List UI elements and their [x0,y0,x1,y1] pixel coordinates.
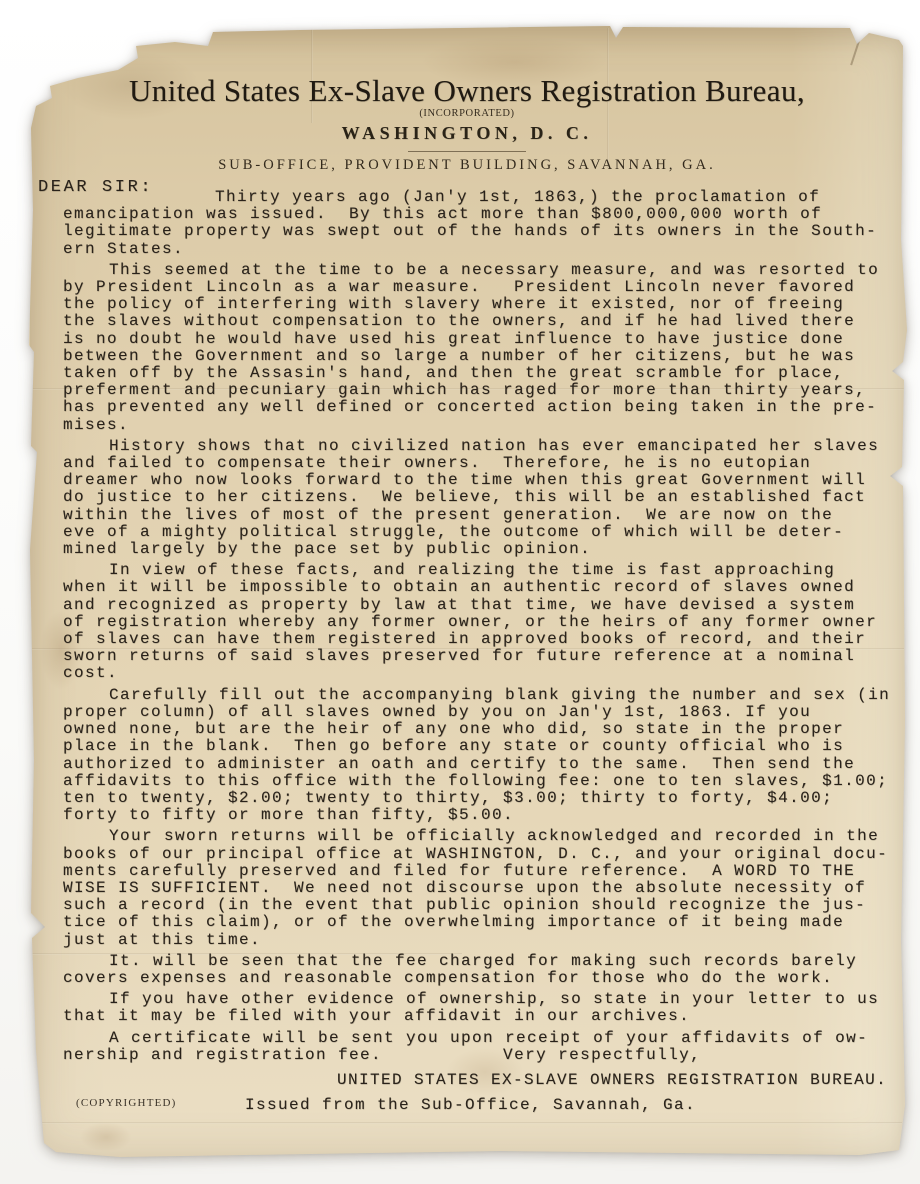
incorporated-line: (INCORPORATED) [14,108,920,120]
city-line: WASHINGTON, D. C. [14,122,920,144]
paragraph-2: This seemed at the time to be a necessar… [63,262,905,434]
stain [80,1122,132,1152]
paper-shadow: United States Ex-Slave Owners Registrati… [0,0,920,1184]
issued-line: Issued from the Sub-Office, Savannah, Ga… [63,1097,905,1114]
copyright-note: (COPYRIGHTED) [76,1097,177,1109]
sub-office-line: SUB-OFFICE, PROVIDENT BUILDING, SAVANNAH… [14,157,920,173]
paragraph-9: A certificate will be sent you upon rece… [63,1030,905,1064]
letterhead-title: United States Ex-Slave Owners Registrati… [14,74,920,108]
fold-line [32,1122,902,1124]
paragraph-5: Carefully fill out the accompanying blan… [63,687,905,825]
paragraph-3: History shows that no civilized nation h… [63,438,905,558]
letter-body: Thirty years ago (Jan'y 1st, 1863,) the … [63,189,905,1114]
signature-line: UNITED STATES EX-SLAVE OWNERS REGISTRATI… [63,1072,905,1089]
paragraph-1: Thirty years ago (Jan'y 1st, 1863,) the … [63,189,905,258]
letterhead-rule [408,151,526,152]
paragraph-7: It. will be seen that the fee charged fo… [63,953,905,987]
paragraph-6: Your sworn returns will be officially ac… [63,828,905,948]
paragraph-4: In view of these facts, and realizing th… [63,562,905,682]
paragraph-8: If you have other evidence of ownership,… [63,991,905,1025]
scan-background: United States Ex-Slave Owners Registrati… [0,0,920,1184]
letterhead: United States Ex-Slave Owners Registrati… [14,74,920,173]
letter-paper: United States Ex-Slave Owners Registrati… [0,0,920,1184]
